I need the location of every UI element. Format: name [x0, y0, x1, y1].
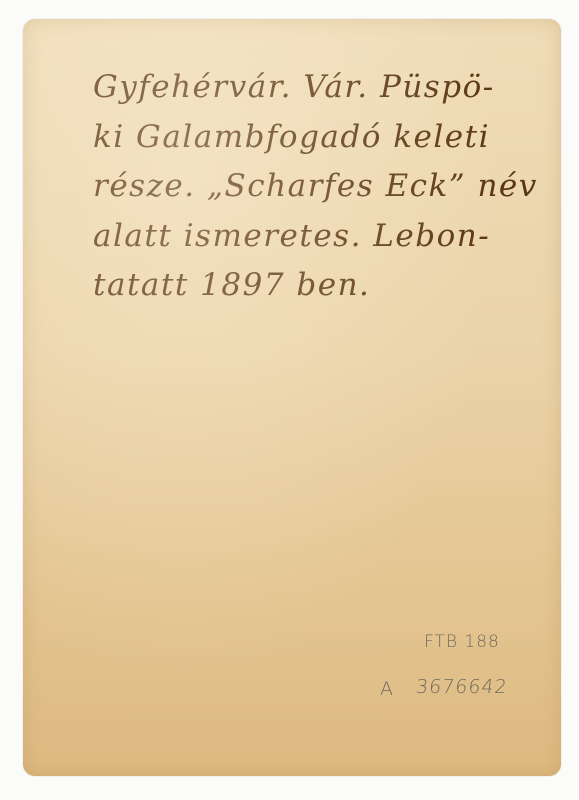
inscription-line: ki Galambfogadó keleti — [93, 113, 573, 163]
handwritten-inscription: Gyfehérvár. Vár. Püspö- ki Galambfogadó … — [93, 63, 573, 311]
photo-card-back: Gyfehérvár. Vár. Püspö- ki Galambfogadó … — [23, 19, 561, 776]
inventory-prefix: A — [380, 678, 394, 700]
inscription-line: része. „Scharfes Eck” név — [93, 162, 573, 212]
inscription-line: alatt ismeretes. Lebon- — [93, 212, 573, 262]
inscription-line: tatatt 1897 ben. — [93, 261, 573, 311]
inscription-line: Gyfehérvár. Vár. Püspö- — [93, 63, 573, 113]
inventory-number: 3676642 — [415, 676, 509, 698]
collection-code: FTB 188 — [424, 632, 500, 652]
